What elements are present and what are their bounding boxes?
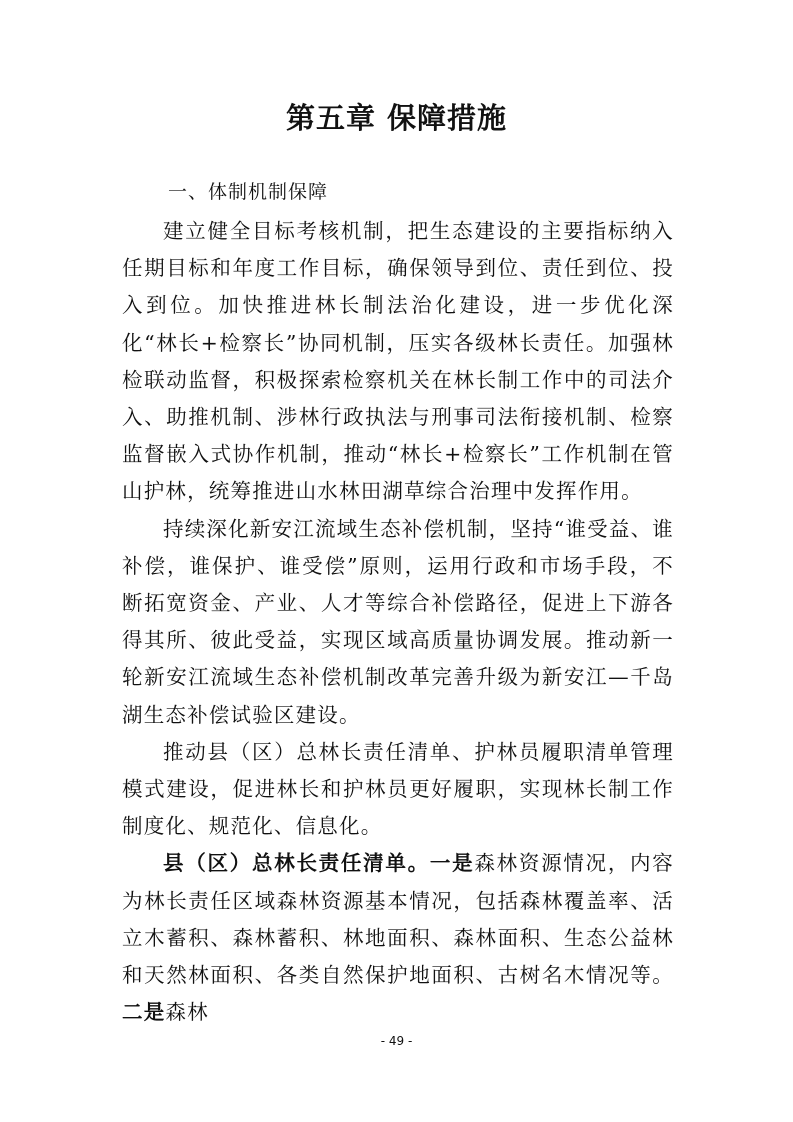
- bold-marker-first: 一是: [430, 851, 474, 875]
- chapter-title: 第五章 保障措施: [0, 96, 793, 137]
- bold-lead: 县（区）总林长责任清单。: [163, 851, 430, 875]
- bold-marker-second: 二是: [122, 1000, 165, 1024]
- document-page: 第五章 保障措施 一、体制机制保障 建立健全目标考核机制，把生态建设的主要指标纳…: [0, 0, 793, 1122]
- text-second: 森林: [165, 1000, 208, 1024]
- page-number: - 49 -: [0, 1034, 793, 1048]
- paragraph-ecological-compensation: 持续深化新安江流域生态补偿机制，坚持“谁受益、谁补偿，谁保护、谁受偿”原则，运用…: [122, 511, 674, 734]
- paragraph-responsibility-lists: 推动县（区）总林长责任清单、护林员履职清单管理模式建设，促进林长和护林员更好履职…: [122, 734, 674, 846]
- paragraph-assessment-mechanism: 建立健全目标考核机制，把生态建设的主要指标纳入任期目标和年度工作目标，确保领导到…: [122, 213, 674, 511]
- document-body: 建立健全目标考核机制，把生态建设的主要指标纳入任期目标和年度工作目标，确保领导到…: [122, 213, 674, 1031]
- paragraph-county-forest-chief-list: 县（区）总林长责任清单。一是森林资源情况，内容为林长责任区域森林资源基本情况，包…: [122, 845, 674, 1031]
- section-heading: 一、体制机制保障: [168, 177, 328, 204]
